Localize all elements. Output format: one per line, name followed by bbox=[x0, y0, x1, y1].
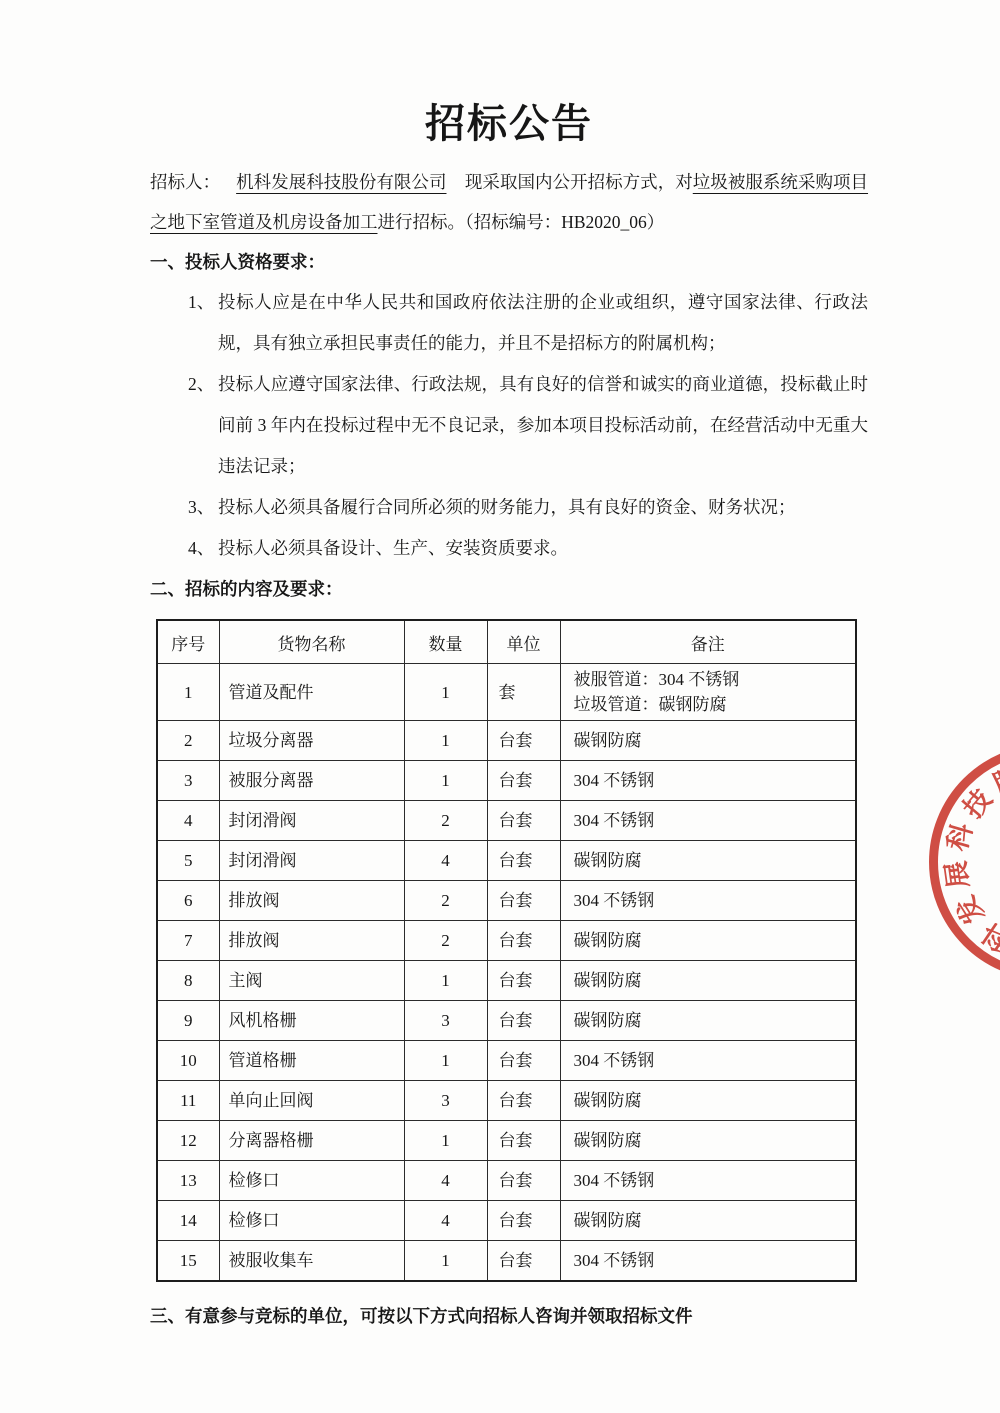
section2-heading: 二、招标的内容及要求： bbox=[150, 569, 868, 609]
cell-seq: 13 bbox=[157, 1161, 219, 1201]
cell-qty: 4 bbox=[404, 841, 487, 881]
cell-name: 单向止回阀 bbox=[219, 1081, 404, 1121]
cell-unit: 台套 bbox=[487, 1121, 560, 1161]
cell-unit: 套 bbox=[487, 664, 560, 721]
table-row: 11单向止回阀3台套碳钢防腐 bbox=[157, 1081, 856, 1121]
cell-seq: 8 bbox=[157, 961, 219, 1001]
cell-name: 封闭滑阀 bbox=[219, 841, 404, 881]
table-body: 1管道及配件1套被服管道：304 不锈钢 垃圾管道：碳钢防腐2垃圾分离器1台套碳… bbox=[157, 664, 856, 1282]
item-number: 2、 bbox=[188, 364, 214, 405]
cell-qty: 2 bbox=[404, 801, 487, 841]
cell-remark: 碳钢防腐 bbox=[560, 1081, 856, 1121]
cell-qty: 1 bbox=[404, 721, 487, 761]
cell-name: 分离器格栅 bbox=[219, 1121, 404, 1161]
cell-name: 检修口 bbox=[219, 1201, 404, 1241]
table-row: 8主阀1台套碳钢防腐 bbox=[157, 961, 856, 1001]
bidder-label: 招标人： bbox=[150, 172, 220, 192]
item-text: 投标人必须具备履行合同所必须的财务能力，具有良好的资金、财务状况； bbox=[218, 497, 796, 517]
column-header: 备注 bbox=[560, 620, 856, 664]
seal-character: 科 bbox=[978, 918, 1000, 955]
cell-unit: 台套 bbox=[487, 1041, 560, 1081]
item-text: 投标人应是在中华人民共和国政府依法注册的企业或组织，遵守国家法律、行政法规，具有… bbox=[218, 292, 868, 353]
table-row: 4封闭滑阀2台套304 不锈钢 bbox=[157, 801, 856, 841]
goods-table: 序号货物名称数量单位备注 1管道及配件1套被服管道：304 不锈钢 垃圾管道：碳… bbox=[156, 619, 857, 1282]
item-text: 投标人必须具备设计、生产、安装资质要求。 bbox=[218, 538, 568, 558]
cell-name: 排放阀 bbox=[219, 921, 404, 961]
table-row: 6排放阀2台套304 不锈钢 bbox=[157, 881, 856, 921]
cell-remark: 304 不锈钢 bbox=[560, 1241, 856, 1282]
cell-qty: 1 bbox=[404, 1121, 487, 1161]
cell-name: 被服收集车 bbox=[219, 1241, 404, 1282]
column-header: 单位 bbox=[487, 620, 560, 664]
cell-qty: 1 bbox=[404, 761, 487, 801]
table-row: 7排放阀2台套碳钢防腐 bbox=[157, 921, 856, 961]
cell-qty: 3 bbox=[404, 1081, 487, 1121]
cell-remark: 碳钢防腐 bbox=[560, 721, 856, 761]
cell-qty: 1 bbox=[404, 1241, 487, 1282]
table-row: 12分离器格栅1台套碳钢防腐 bbox=[157, 1121, 856, 1161]
cell-remark: 碳钢防腐 bbox=[560, 1001, 856, 1041]
cell-remark: 304 不锈钢 bbox=[560, 761, 856, 801]
requirement-item: 1、 投标人应是在中华人民共和国政府依法注册的企业或组织，遵守国家法律、行政法规… bbox=[150, 282, 868, 364]
cell-name: 封闭滑阀 bbox=[219, 801, 404, 841]
seal-character: 股 bbox=[989, 763, 1000, 799]
item-number: 1、 bbox=[188, 282, 214, 323]
cell-qty: 2 bbox=[404, 921, 487, 961]
cell-qty: 2 bbox=[404, 881, 487, 921]
cell-seq: 11 bbox=[157, 1081, 219, 1121]
intro-paragraph: 招标人：机科发展科技股份有限公司 现采取国内公开招标方式，对垃圾被服系统采购项目… bbox=[150, 162, 868, 242]
cell-unit: 台套 bbox=[487, 881, 560, 921]
column-header: 序号 bbox=[157, 620, 219, 664]
cell-seq: 6 bbox=[157, 881, 219, 921]
table-row: 3被服分离器1台套304 不锈钢 bbox=[157, 761, 856, 801]
cell-seq: 4 bbox=[157, 801, 219, 841]
column-header: 数量 bbox=[404, 620, 487, 664]
bidder-name: 机科发展科技股份有限公司 bbox=[220, 172, 460, 192]
cell-name: 排放阀 bbox=[219, 881, 404, 921]
cell-qty: 4 bbox=[404, 1201, 487, 1241]
cell-remark: 碳钢防腐 bbox=[560, 1201, 856, 1241]
cell-name: 管道格栅 bbox=[219, 1041, 404, 1081]
cell-remark: 碳钢防腐 bbox=[560, 961, 856, 1001]
cell-unit: 台套 bbox=[487, 1161, 560, 1201]
cell-qty: 4 bbox=[404, 1161, 487, 1201]
cell-seq: 3 bbox=[157, 761, 219, 801]
cell-remark: 304 不锈钢 bbox=[560, 1041, 856, 1081]
column-header: 货物名称 bbox=[219, 620, 404, 664]
cell-remark: 304 不锈钢 bbox=[560, 881, 856, 921]
cell-name: 检修口 bbox=[219, 1161, 404, 1201]
seal-character: 技 bbox=[959, 785, 997, 823]
seal-character: 展 bbox=[943, 859, 973, 889]
cell-name: 风机格栅 bbox=[219, 1001, 404, 1041]
requirement-item: 3、 投标人必须具备履行合同所必须的财务能力，具有良好的资金、财务状况； bbox=[150, 487, 868, 528]
cell-remark: 304 不锈钢 bbox=[560, 1161, 856, 1201]
cell-seq: 14 bbox=[157, 1201, 219, 1241]
cell-remark: 碳钢防腐 bbox=[560, 841, 856, 881]
cell-remark: 碳钢防腐 bbox=[560, 1121, 856, 1161]
table-row: 2垃圾分离器1台套碳钢防腐 bbox=[157, 721, 856, 761]
item-text: 投标人应遵守国家法律、行政法规，具有良好的信誉和诚实的商业道德，投标截止时间前 … bbox=[218, 374, 868, 476]
cell-unit: 台套 bbox=[487, 1081, 560, 1121]
cell-qty: 1 bbox=[404, 961, 487, 1001]
cell-remark: 碳钢防腐 bbox=[560, 921, 856, 961]
table-row: 14检修口4台套碳钢防腐 bbox=[157, 1201, 856, 1241]
item-number: 4、 bbox=[188, 528, 214, 569]
page-title: 招标公告 bbox=[150, 100, 868, 148]
table-row: 1管道及配件1套被服管道：304 不锈钢 垃圾管道：碳钢防腐 bbox=[157, 664, 856, 721]
cell-seq: 9 bbox=[157, 1001, 219, 1041]
cell-qty: 1 bbox=[404, 1041, 487, 1081]
cell-seq: 1 bbox=[157, 664, 219, 721]
cell-qty: 1 bbox=[404, 664, 487, 721]
cell-unit: 台套 bbox=[487, 761, 560, 801]
cell-name: 主阀 bbox=[219, 961, 404, 1001]
cell-unit: 台套 bbox=[487, 841, 560, 881]
seal-character: 发 bbox=[952, 891, 989, 928]
cell-remark: 被服管道：304 不锈钢 垃圾管道：碳钢防腐 bbox=[560, 664, 856, 721]
requirements-list: 1、 投标人应是在中华人民共和国政府依法注册的企业或组织，遵守国家法律、行政法规… bbox=[150, 282, 868, 569]
table-row: 5封闭滑阀4台套碳钢防腐 bbox=[157, 841, 856, 881]
cell-qty: 3 bbox=[404, 1001, 487, 1041]
cell-name: 被服分离器 bbox=[219, 761, 404, 801]
cell-unit: 台套 bbox=[487, 961, 560, 1001]
document-content: 招标公告 招标人：机科发展科技股份有限公司 现采取国内公开招标方式，对垃圾被服系… bbox=[150, 0, 868, 1336]
intro-text: 现采取国内公开招标方式，对 bbox=[465, 172, 693, 192]
table-row: 10管道格栅1台套304 不锈钢 bbox=[157, 1041, 856, 1081]
table-header-row: 序号货物名称数量单位备注 bbox=[157, 620, 856, 664]
requirement-item: 4、 投标人必须具备设计、生产、安装资质要求。 bbox=[150, 528, 868, 569]
cell-seq: 5 bbox=[157, 841, 219, 881]
cell-unit: 台套 bbox=[487, 721, 560, 761]
cell-seq: 7 bbox=[157, 921, 219, 961]
item-number: 3、 bbox=[188, 487, 214, 528]
cell-seq: 2 bbox=[157, 721, 219, 761]
cell-seq: 15 bbox=[157, 1241, 219, 1282]
cell-unit: 台套 bbox=[487, 1241, 560, 1282]
cell-seq: 12 bbox=[157, 1121, 219, 1161]
section3-heading: 三、有意参与竞标的单位，可按以下方式向招标人咨询并领取招标文件 bbox=[150, 1296, 868, 1336]
cell-seq: 10 bbox=[157, 1041, 219, 1081]
cell-unit: 台套 bbox=[487, 1001, 560, 1041]
requirement-item: 2、 投标人应遵守国家法律、行政法规，具有良好的信誉和诚实的商业道德，投标截止时… bbox=[150, 364, 868, 487]
cell-unit: 台套 bbox=[487, 921, 560, 961]
cell-remark: 304 不锈钢 bbox=[560, 801, 856, 841]
table-row: 13检修口4台套304 不锈钢 bbox=[157, 1161, 856, 1201]
table-row: 9风机格栅3台套碳钢防腐 bbox=[157, 1001, 856, 1041]
table-row: 15被服收集车1台套304 不锈钢 bbox=[157, 1241, 856, 1282]
cell-name: 垃圾分离器 bbox=[219, 721, 404, 761]
section1-heading: 一、投标人资格要求： bbox=[150, 242, 868, 282]
intro-tail: 进行招标。（招标编号：HB2020_06） bbox=[378, 212, 665, 232]
cell-unit: 台套 bbox=[487, 801, 560, 841]
cell-unit: 台套 bbox=[487, 1201, 560, 1241]
seal-character: 科 bbox=[944, 820, 977, 853]
document-page: 招标公告 招标人：机科发展科技股份有限公司 现采取国内公开招标方式，对垃圾被服系… bbox=[0, 0, 1000, 1413]
company-seal: ★ 机科发展科技股份 bbox=[929, 744, 1000, 980]
cell-name: 管道及配件 bbox=[219, 664, 404, 721]
